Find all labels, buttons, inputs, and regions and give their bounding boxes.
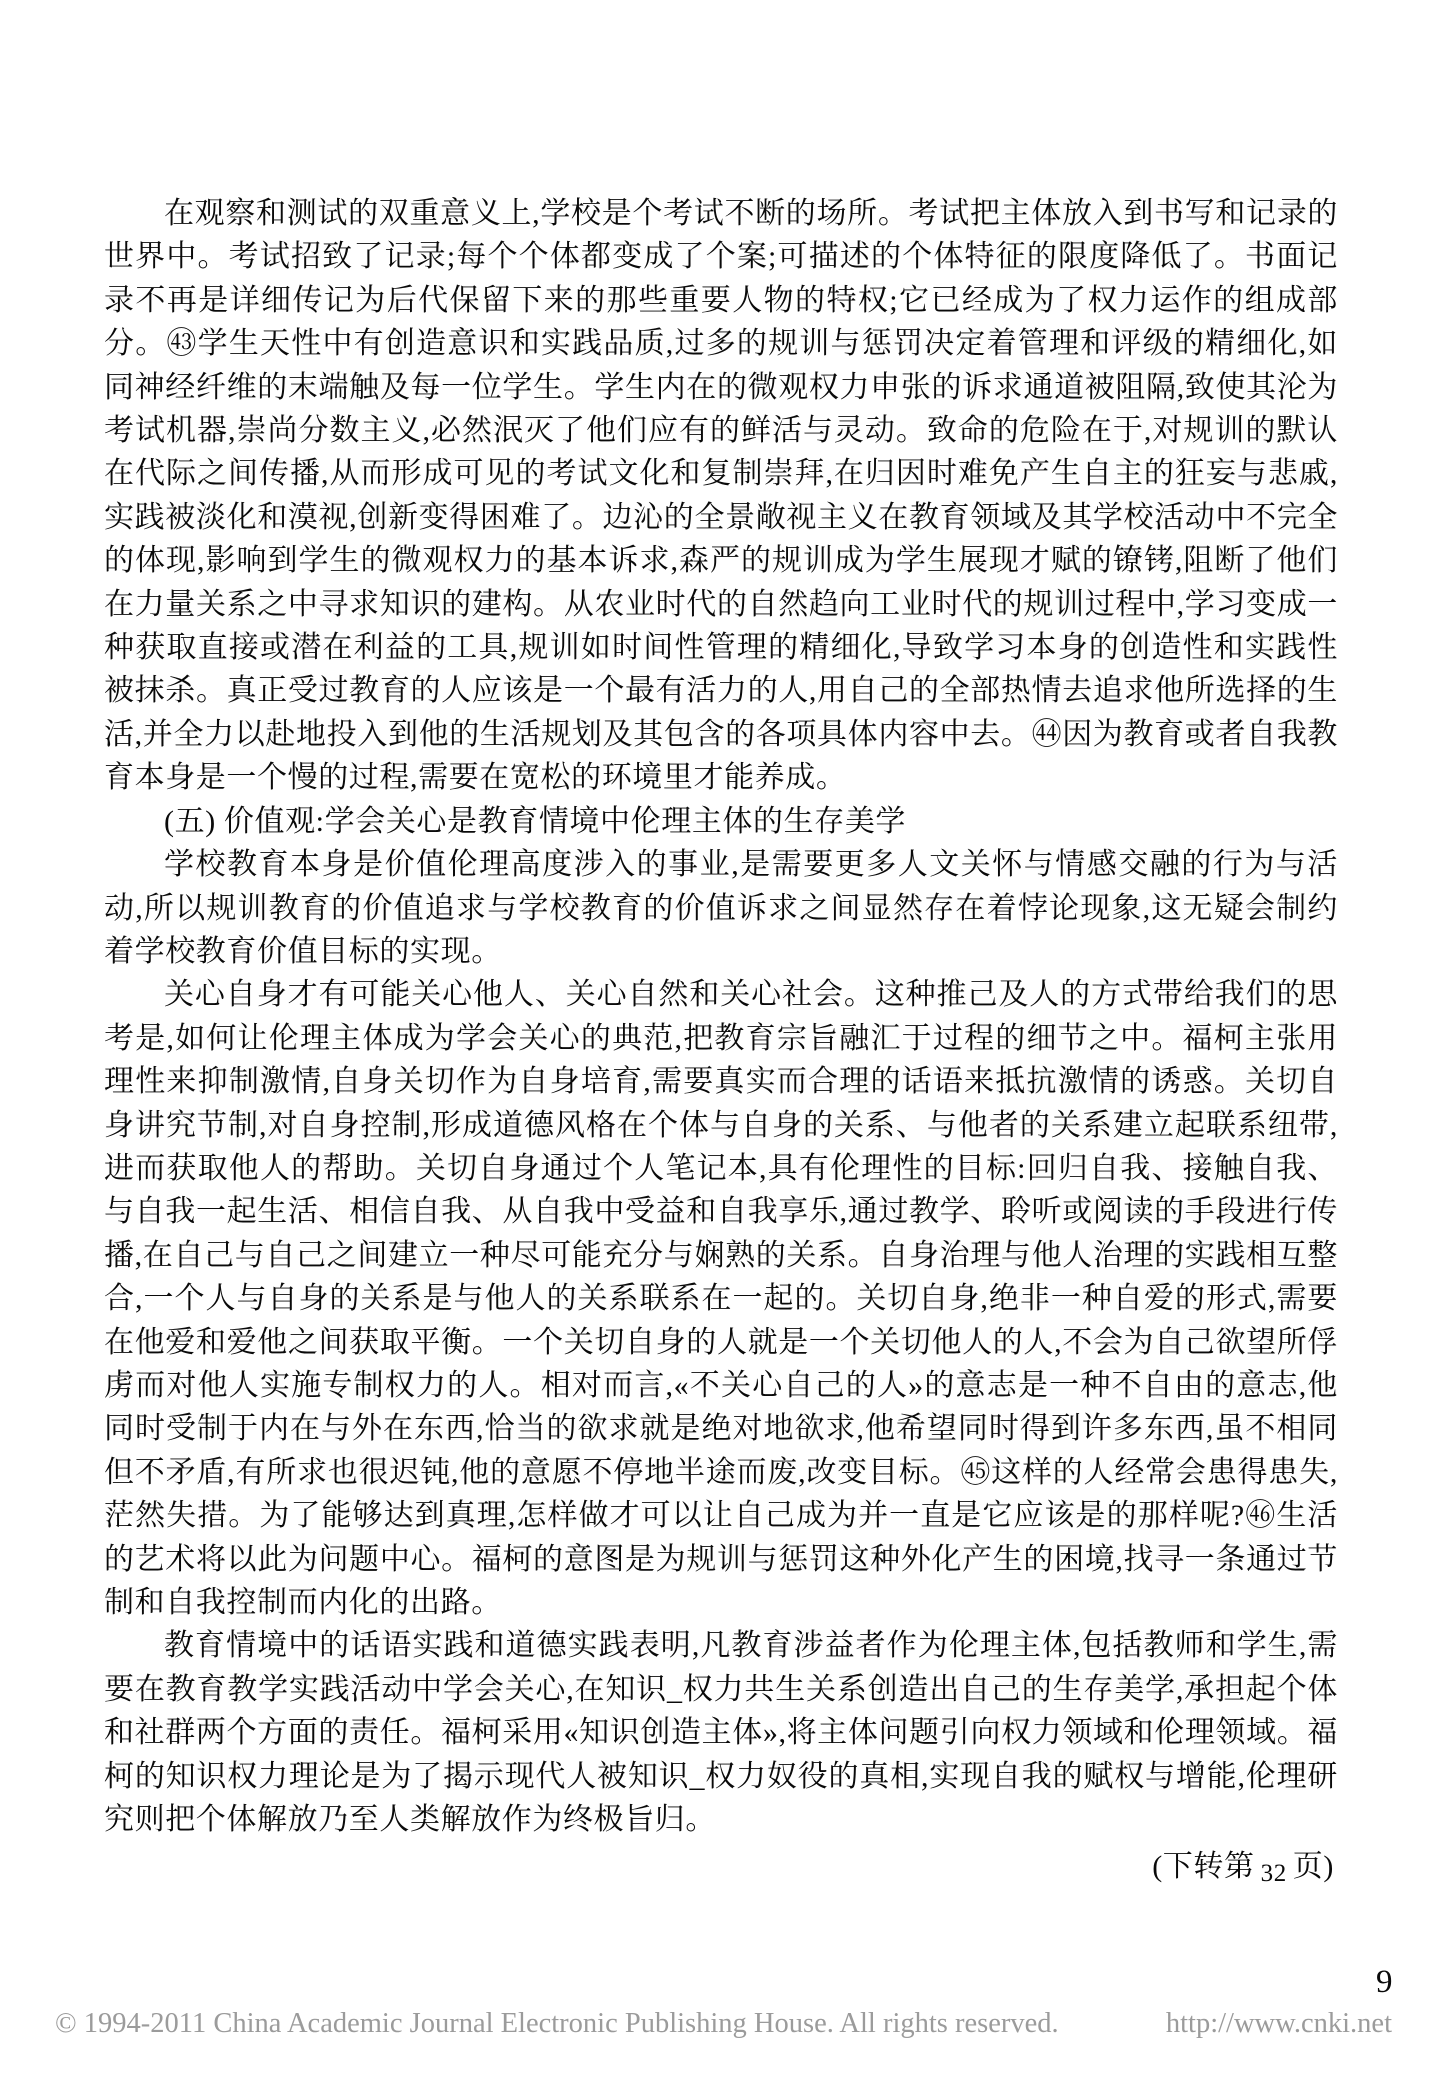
footer-copyright: © 1994-2011 China Academic Journal Elect… (55, 2008, 1059, 2040)
body-paragraph: 教育情境中的话语实践和道德实践表明,凡教育涉益者作为伦理主体,包括教师和学生,需… (104, 1624, 1338, 1841)
continuation-note: (下转第32页) (104, 1845, 1338, 1890)
body-paragraph: 在观察和测试的双重意义上,学校是个考试不断的场所。考试把主体放入到书写和记录的世… (104, 192, 1338, 800)
footer: © 1994-2011 China Academic Journal Elect… (55, 2008, 1392, 2040)
continuation-prefix: (下转第 (1152, 1850, 1254, 1883)
section-heading: (五) 价值观:学会关心是教育情境中伦理主体的生存美学 (104, 800, 1338, 843)
article-body: 在观察和测试的双重意义上,学校是个考试不断的场所。考试把主体放入到书写和记录的世… (104, 192, 1338, 1891)
body-paragraph: 关心自身才有可能关心他人、关心自然和关心社会。这种推己及人的方式带给我们的思考是… (104, 973, 1338, 1624)
page-number: 9 (1376, 1964, 1393, 2001)
footer-url: http://www.cnki.net (1166, 2008, 1392, 2040)
body-paragraph: 学校教育本身是价值伦理高度涉入的事业,是需要更多人文关怀与情感交融的行为与活动,… (104, 843, 1338, 973)
continuation-page-ref: 32 (1261, 1860, 1287, 1887)
continuation-suffix: 页) (1293, 1850, 1334, 1883)
journal-page: 在观察和测试的双重意义上,学校是个考试不断的场所。考试把主体放入到书写和记录的世… (0, 0, 1441, 2095)
